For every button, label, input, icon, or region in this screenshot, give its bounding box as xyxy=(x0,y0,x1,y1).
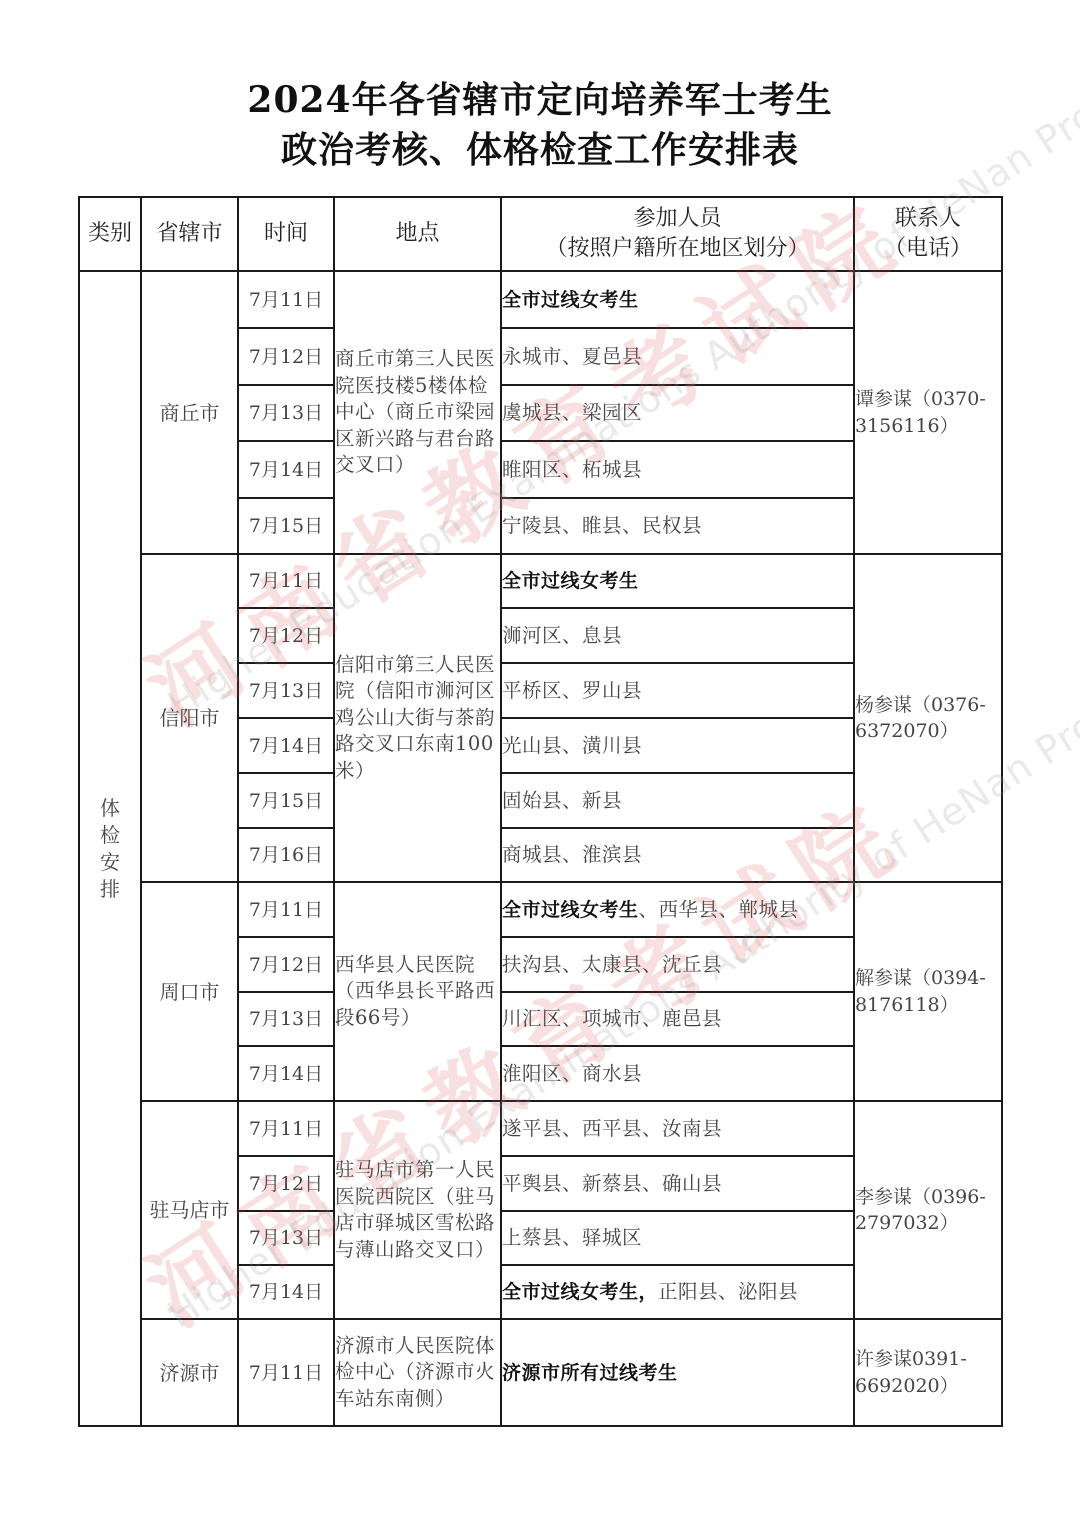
city-cell: 驻马店市 xyxy=(141,1101,238,1319)
participants-cell: 虞城县、梁园区 xyxy=(501,385,854,441)
date-cell: 7月13日 xyxy=(238,385,334,441)
city-cell: 周口市 xyxy=(141,882,238,1101)
participants-text: 平桥区、罗山县 xyxy=(502,679,642,702)
participants-text: 虞城县、梁园区 xyxy=(502,401,642,424)
date-cell: 7月14日 xyxy=(238,718,334,773)
participants-cell: 平桥区、罗山县 xyxy=(501,663,854,718)
participants-bold: 全市过线女考生 xyxy=(502,899,639,921)
date-cell: 7月11日 xyxy=(238,1101,334,1156)
date-cell: 7月12日 xyxy=(238,328,334,385)
contact-cell: 李参谋（0396-2797032） xyxy=(854,1101,1002,1319)
table-row: 驻马店市7月11日驻马店市第一人民医院西院区（驻马店市驿城区雪松路与薄山路交叉口… xyxy=(79,1101,1002,1156)
city-cell: 济源市 xyxy=(141,1319,238,1426)
date-cell: 7月15日 xyxy=(238,773,334,828)
header-location: 地点 xyxy=(334,197,501,271)
contact-cell: 杨参谋（0376-6372070） xyxy=(854,554,1002,882)
participants-text: 光山县、潢川县 xyxy=(502,734,642,757)
participants-bold: 济源市所有过线考生 xyxy=(502,1362,678,1384)
contact-cell: 谭参谋（0370-3156116） xyxy=(854,271,1002,554)
participants-cell: 宁陵县、睢县、民权县 xyxy=(501,498,854,554)
date-cell: 7月16日 xyxy=(238,828,334,882)
participants-text: 、西华县、郸城县 xyxy=(639,898,799,921)
participants-cell: 遂平县、西平县、汝南县 xyxy=(501,1101,854,1156)
table-row: 信阳市7月11日信阳市第三人民医院（信阳市浉河区鸡公山大街与茶韵路交叉口东南10… xyxy=(79,554,1002,608)
header-participants-line1: 参加人员 xyxy=(502,204,853,234)
header-city: 省辖市 xyxy=(141,197,238,271)
participants-text: 宁陵县、睢县、民权县 xyxy=(502,514,702,537)
city-cell: 商丘市 xyxy=(141,271,238,554)
city-cell: 信阳市 xyxy=(141,554,238,882)
header-category: 类别 xyxy=(79,197,141,271)
participants-text: 固始县、新县 xyxy=(502,789,622,812)
participants-cell: 全市过线女考生、西华县、郸城县 xyxy=(501,882,854,937)
contact-cell: 解参谋（0394-8176118） xyxy=(854,882,1002,1101)
header-participants-line2: （按照户籍所在地区划分） xyxy=(502,234,853,264)
participants-cell: 上蔡县、驿城区 xyxy=(501,1211,854,1265)
participants-text: 永城市、夏邑县 xyxy=(502,345,642,368)
table-row: 济源市7月11日济源市人民医院体检中心（济源市火车站东南侧）济源市所有过线考生许… xyxy=(79,1319,1002,1426)
date-cell: 7月13日 xyxy=(238,992,334,1046)
date-cell: 7月13日 xyxy=(238,663,334,718)
header-time: 时间 xyxy=(238,197,334,271)
header-contact: 联系人 （电话） xyxy=(854,197,1002,271)
participants-text: 扶沟县、太康县、沈丘县 xyxy=(502,953,722,976)
participants-cell: 扶沟县、太康县、沈丘县 xyxy=(501,937,854,992)
contact-cell: 许参谋0391-6692020） xyxy=(854,1319,1002,1426)
participants-text: 睢阳区、柘城县 xyxy=(502,458,642,481)
participants-text: 正阳县、泌阳县 xyxy=(658,1280,798,1303)
date-cell: 7月12日 xyxy=(238,937,334,992)
participants-cell: 商城县、淮滨县 xyxy=(501,828,854,882)
participants-cell: 川汇区、项城市、鹿邑县 xyxy=(501,992,854,1046)
participants-text: 淮阳区、商水县 xyxy=(502,1062,642,1085)
participants-cell: 永城市、夏邑县 xyxy=(501,328,854,385)
participants-text: 川汇区、项城市、鹿邑县 xyxy=(502,1007,722,1030)
participants-cell: 睢阳区、柘城县 xyxy=(501,441,854,498)
participants-text: 遂平县、西平县、汝南县 xyxy=(502,1117,722,1140)
date-cell: 7月12日 xyxy=(238,608,334,663)
header-contact-line2: （电话） xyxy=(855,234,1001,264)
location-cell: 西华县人民医院（西华县长平路西段66号） xyxy=(334,882,501,1101)
participants-cell: 固始县、新县 xyxy=(501,773,854,828)
participants-bold: 全市过线女考生， xyxy=(502,1281,658,1303)
date-cell: 7月11日 xyxy=(238,882,334,937)
participants-text: 平舆县、新蔡县、确山县 xyxy=(502,1172,722,1195)
schedule-body: 体检安排商丘市7月11日商丘市第三人民医院医技楼5楼体检中心（商丘市梁园区新兴路… xyxy=(79,271,1002,1426)
participants-cell: 全市过线女考生 xyxy=(501,554,854,608)
participants-text: 商城县、淮滨县 xyxy=(502,843,642,866)
location-cell: 驻马店市第一人民医院西院区（驻马店市驿城区雪松路与薄山路交叉口） xyxy=(334,1101,501,1319)
date-cell: 7月14日 xyxy=(238,441,334,498)
participants-text: 上蔡县、驿城区 xyxy=(502,1226,642,1249)
participants-cell: 光山县、潢川县 xyxy=(501,718,854,773)
schedule-table: 类别 省辖市 时间 地点 参加人员 （按照户籍所在地区划分） 联系人 （电话） … xyxy=(78,196,1003,1427)
participants-bold: 全市过线女考生 xyxy=(502,570,639,592)
location-cell: 商丘市第三人民医院医技楼5楼体检中心（商丘市梁园区新兴路与君台路交叉口） xyxy=(334,271,501,554)
participants-cell: 浉河区、息县 xyxy=(501,608,854,663)
table-row: 体检安排商丘市7月11日商丘市第三人民医院医技楼5楼体检中心（商丘市梁园区新兴路… xyxy=(79,271,1002,328)
participants-text: 浉河区、息县 xyxy=(502,624,622,647)
date-cell: 7月15日 xyxy=(238,498,334,554)
location-cell: 信阳市第三人民医院（信阳市浉河区鸡公山大街与茶韵路交叉口东南100米） xyxy=(334,554,501,882)
category-cell: 体检安排 xyxy=(79,271,141,1426)
header-row: 类别 省辖市 时间 地点 参加人员 （按照户籍所在地区划分） 联系人 （电话） xyxy=(79,197,1002,271)
date-cell: 7月12日 xyxy=(238,1156,334,1211)
date-cell: 7月14日 xyxy=(238,1046,334,1101)
participants-cell: 济源市所有过线考生 xyxy=(501,1319,854,1426)
participants-cell: 全市过线女考生 xyxy=(501,271,854,328)
participants-cell: 淮阳区、商水县 xyxy=(501,1046,854,1101)
header-participants: 参加人员 （按照户籍所在地区划分） xyxy=(501,197,854,271)
document-title-line2: 政治考核、体格检查工作安排表 xyxy=(0,124,1080,176)
date-cell: 7月11日 xyxy=(238,1319,334,1426)
participants-bold: 全市过线女考生 xyxy=(502,289,639,311)
document-title-line1: 2024年各省辖市定向培养军士考生 xyxy=(0,74,1080,126)
location-cell: 济源市人民医院体检中心（济源市火车站东南侧） xyxy=(334,1319,501,1426)
participants-cell: 平舆县、新蔡县、确山县 xyxy=(501,1156,854,1211)
date-cell: 7月14日 xyxy=(238,1265,334,1319)
table-row: 周口市7月11日西华县人民医院（西华县长平路西段66号）全市过线女考生、西华县、… xyxy=(79,882,1002,937)
participants-cell: 全市过线女考生，正阳县、泌阳县 xyxy=(501,1265,854,1319)
category-label: 体检安排 xyxy=(99,795,121,903)
header-contact-line1: 联系人 xyxy=(855,204,1001,234)
date-cell: 7月13日 xyxy=(238,1211,334,1265)
date-cell: 7月11日 xyxy=(238,271,334,328)
date-cell: 7月11日 xyxy=(238,554,334,608)
